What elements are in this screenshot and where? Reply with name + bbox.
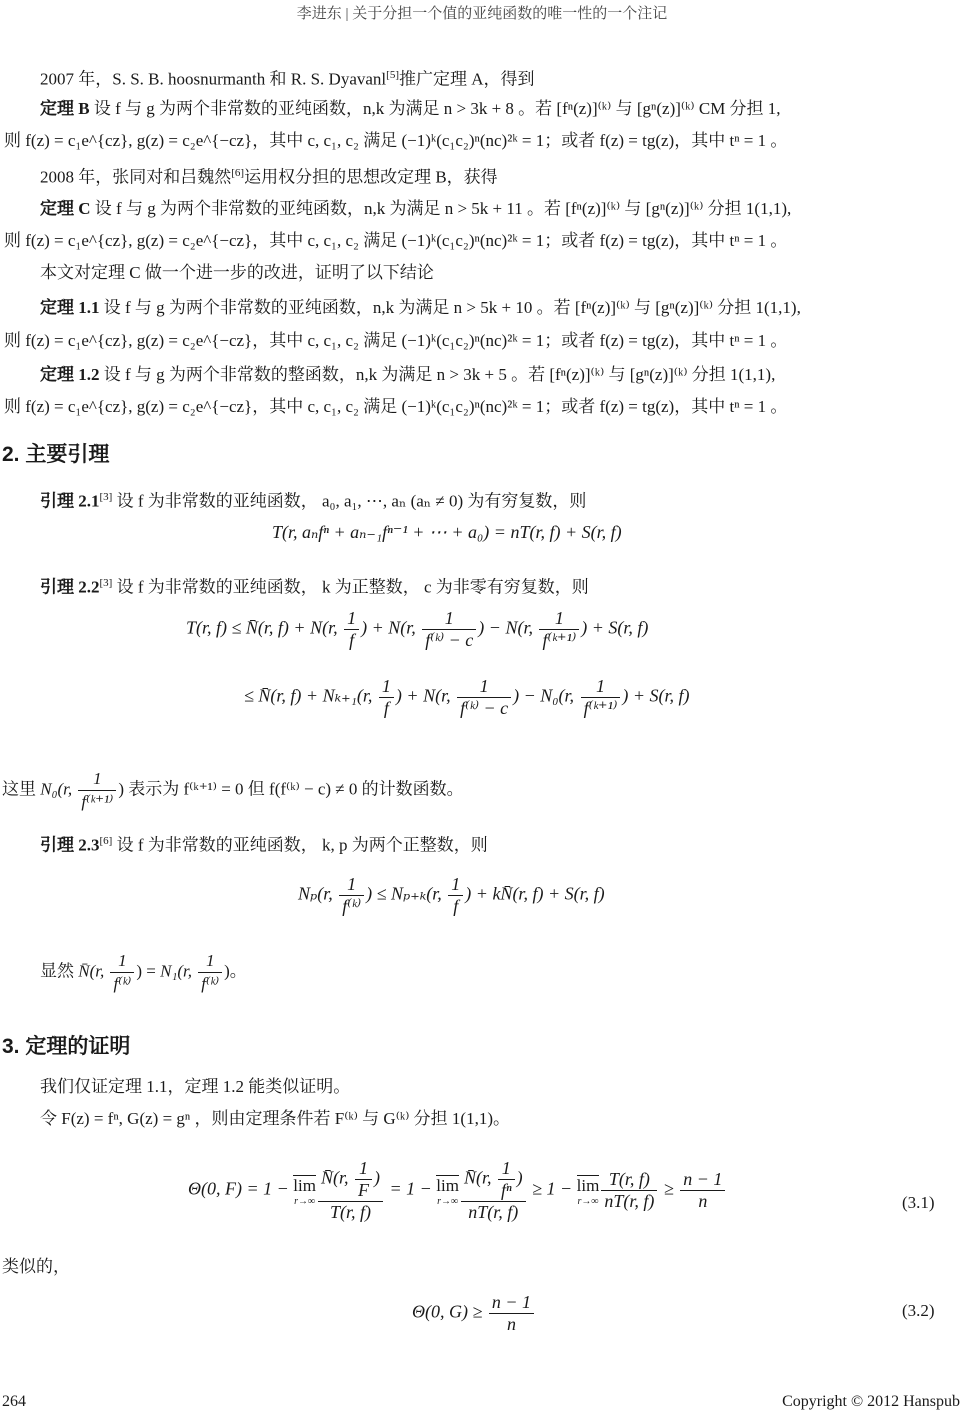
numerator: 1 — [198, 950, 222, 973]
section-heading-2: 2. 主要引理 — [2, 438, 109, 468]
eq-part: N₁(r, — [160, 961, 196, 980]
theorem-1-2-conclusion: 则 f(z) = c₁e^{cz}, g(z) = c₂e^{−cz}，其中 c… — [4, 396, 787, 418]
equation-3-1: Θ(0, F) = 1 − limr→∞N̄(r, 1F)T(r, f) = 1… — [188, 1158, 727, 1223]
eq-part: N(r, — [505, 618, 537, 638]
text: 显然 — [40, 961, 78, 980]
lemma-2-2-equation-1: T(r, f) ≤ N̄(r, f) + N(r, 1f) + N(r, 1f⁽… — [186, 608, 648, 651]
limsup: limr→∞ — [436, 1175, 459, 1207]
proof-setup: 令 F(z) = fⁿ, G(z) = gⁿ ，则由定理条件若 F⁽ᵏ⁾ 与 G… — [40, 1108, 510, 1130]
paragraph-2007: 2007 年，S. S. B. hoosnurmanth 和 R. S. Dya… — [40, 64, 535, 91]
eq-part: ) — [517, 1168, 523, 1188]
lemma-2-2-equation-2: ≤ N̄(r, f) + Nₖ₊₁(r, 1f) + N(r, 1f⁽ᵏ⁾ − … — [244, 676, 690, 719]
eq-part: + — [289, 618, 310, 638]
lemma-text: 设 f 为非常数的亚纯函数， k 为正整数， c 为非零有穷复数，则 — [112, 578, 588, 597]
fraction: 1f⁽ᵏ⁾ — [198, 950, 222, 995]
running-header: 李进东 | 关于分担一个值的亚纯函数的唯一性的一个注记 — [0, 2, 964, 23]
eq-part: + S(r, f) — [587, 618, 648, 638]
numerator: N̄(r, 1F) — [318, 1158, 383, 1202]
section-heading-3: 3. 定理的证明 — [2, 1030, 130, 1060]
theorem-text: 设 f 与 g 为两个非常数的亚纯函数，n,k 为满足 n > 5k + 11 … — [91, 199, 792, 218]
fraction: 1fⁿ — [498, 1158, 515, 1201]
lemma-text: 设 f 为非常数的亚纯函数， a₀, a₁, ⋯, aₙ (aₙ ≠ 0) 为有… — [112, 492, 586, 511]
lim-text: lim — [577, 1175, 600, 1196]
eq-part: − — [519, 686, 540, 706]
eq-part: Nₚ(r, — [298, 884, 337, 904]
theorem-c-conclusion: 则 f(z) = c₁e^{cz}, g(z) = c₂e^{−cz}，其中 c… — [4, 230, 787, 252]
numerator: 1 — [457, 676, 511, 698]
limsup: limr→∞ — [293, 1175, 316, 1207]
eq-part: + S(r, f) — [628, 686, 689, 706]
denominator: f⁽ᵏ⁺¹⁾ — [539, 630, 579, 651]
denominator: f — [344, 630, 359, 651]
lim-text: lim — [293, 1175, 316, 1196]
numerator: N̄(r, 1fⁿ) — [461, 1158, 526, 1202]
lemma-text: 设 f 为非常数的亚纯函数， k, p 为两个正整数，则 — [112, 836, 487, 855]
lemma-2-1-equation: T(r, aₙfⁿ + aₙ₋₁fⁿ⁻¹ + ⋯ + a₀) = nT(r, f… — [272, 522, 622, 543]
lemma-2-3-equation: Nₚ(r, 1f⁽ᵏ⁾) ≤ Nₚ₊ₖ(r, 1f) + kN̄(r, f) +… — [298, 874, 605, 917]
fraction: n − 1n — [680, 1169, 725, 1212]
eq-part: N(r, — [388, 618, 420, 638]
text: 2007 年，S. S. B. hoosnurmanth 和 R. S. Dya… — [40, 70, 386, 89]
copyright: Copyright © 2012 Hanspub — [782, 1393, 960, 1411]
citation[interactable]: [5] — [386, 69, 399, 81]
denominator: fⁿ — [498, 1180, 515, 1201]
theorem-1-1: 定理 1.1 设 f 与 g 为两个非常数的亚纯函数，n,k 为满足 n > 5… — [40, 297, 801, 319]
citation[interactable]: [6] — [231, 167, 244, 179]
theorem-label: 定理 C — [40, 199, 91, 218]
denominator: f⁽ᵏ⁾ — [110, 973, 134, 995]
denominator: f⁽ᵏ⁾ — [198, 973, 222, 995]
paragraph-improve: 本文对定理 C 做一个进一步的改进，证明了以下结论 — [40, 262, 434, 284]
eq-part: + — [367, 618, 388, 638]
text: 2008 年，张同对和吕魏然 — [40, 168, 231, 187]
numerator: 1 — [539, 608, 579, 630]
lim-text: lim — [436, 1175, 459, 1196]
numerator: n − 1 — [489, 1292, 534, 1314]
numerator: 1 — [78, 768, 116, 791]
eq-part: = — [142, 961, 160, 980]
denominator: f⁽ᵏ⁾ − c — [422, 630, 476, 651]
theorem-b: 定理 B 设 f 与 g 为两个非常数的亚纯函数，n,k 为满足 n > 3k … — [40, 98, 781, 120]
eq-part: Θ(0, F) = 1 − — [188, 1179, 293, 1199]
proof-intro: 我们仅证定理 1.1，定理 1.2 能类似证明。 — [40, 1076, 350, 1098]
theorem-label: 定理 B — [40, 99, 90, 118]
eq-part: − — [484, 618, 505, 638]
eq-part: N(r, — [423, 686, 455, 706]
lim-sub: r→∞ — [293, 1196, 316, 1207]
eq-part: Nₚ₊ₖ(r, — [391, 884, 446, 904]
denominator: nT(r, f) — [461, 1202, 526, 1223]
fraction: N̄(r, 1fⁿ)nT(r, f) — [461, 1158, 526, 1223]
eq-part: N̄(r, — [464, 1168, 496, 1188]
numerator: 1 — [344, 608, 359, 630]
eq-part: N̄(r, f) — [258, 686, 301, 706]
denominator: f⁽ᵏ⁾ − c — [457, 698, 511, 719]
paragraph-2008: 2008 年，张同对和吕魏然[6]运用权分担的思想改定理 B，获得 — [40, 162, 498, 189]
lemma-2-1: 引理 2.1[3] 设 f 为非常数的亚纯函数， a₀, a₁, ⋯, aₙ (… — [40, 486, 586, 513]
eq-part: N₀(r, — [40, 779, 76, 798]
equation-number-3-2: (3.2) — [902, 1300, 935, 1322]
fraction: 1f⁽ᵏ⁾ — [110, 950, 134, 995]
obvious-statement: 显然 N̄(r, 1f⁽ᵏ⁾) = N₁(r, 1f⁽ᵏ⁾)。 — [40, 950, 247, 995]
denominator: f — [379, 698, 394, 719]
eq-part: ≤ — [372, 884, 391, 904]
lim-sub: r→∞ — [577, 1196, 600, 1207]
fraction: 1f⁽ᵏ⁾ − c — [457, 676, 511, 719]
numerator: n − 1 — [680, 1169, 725, 1191]
fraction: 1F — [355, 1158, 372, 1201]
citation[interactable]: [3] — [100, 491, 113, 503]
theorem-1-1-conclusion: 则 f(z) = c₁e^{cz}, g(z) = c₂e^{−cz}，其中 c… — [4, 330, 787, 352]
eq-part: T(r, f) ≤ — [186, 618, 246, 638]
text: 这里 — [2, 779, 40, 798]
fraction: N̄(r, 1F)T(r, f) — [318, 1158, 383, 1223]
denominator: n — [680, 1191, 725, 1212]
fraction: 1f⁽ᵏ⁺¹⁾ — [581, 676, 621, 719]
eq-part: N̄(r, f) — [246, 618, 289, 638]
theorem-1-2: 定理 1.2 设 f 与 g 为两个非常数的整函数，n,k 为满足 n > 3k… — [40, 364, 775, 386]
denominator: f — [448, 896, 463, 917]
eq-part: ≥ 1 − — [528, 1179, 577, 1199]
lemma-2-2: 引理 2.2[3] 设 f 为非常数的亚纯函数， k 为正整数， c 为非零有穷… — [40, 572, 589, 599]
denominator: F — [355, 1180, 372, 1201]
fraction: T(r, f)nT(r, f) — [601, 1169, 657, 1212]
equation-3-2: Θ(0, G) ≥ n − 1n — [412, 1292, 536, 1335]
eq-part: ) — [374, 1168, 380, 1188]
numerator: T(r, f) — [601, 1169, 657, 1191]
eq-part: Θ(0, G) ≥ — [412, 1302, 487, 1322]
theorem-label: 定理 1.1 — [40, 298, 100, 317]
denominator: f⁽ᵏ⁺¹⁾ — [581, 698, 621, 719]
citation[interactable]: [6] — [100, 835, 113, 847]
lim-sub: r→∞ — [436, 1196, 459, 1207]
numerator: 1 — [581, 676, 621, 698]
theorem-b-conclusion: 则 f(z) = c₁e^{cz}, g(z) = c₂e^{−cz}，其中 c… — [4, 130, 787, 152]
numerator: 1 — [355, 1158, 372, 1180]
text: 运用权分担的思想改定理 B，获得 — [244, 168, 498, 187]
theorem-text: 设 f 与 g 为两个非常数的亚纯函数，n,k 为满足 n > 3k + 8 。… — [90, 99, 781, 118]
eq-part: ≤ — [244, 686, 258, 706]
similar-text: 类似的， — [2, 1256, 70, 1278]
theorem-text: 设 f 与 g 为两个非常数的亚纯函数，n,k 为满足 n > 5k + 10 … — [100, 298, 801, 317]
eq-part: = 1 − — [385, 1179, 436, 1199]
eq-part: N(r, — [310, 618, 342, 638]
numerator: 1 — [379, 676, 394, 698]
numerator: 1 — [448, 874, 463, 896]
fraction: 1f — [344, 608, 359, 651]
denominator: nT(r, f) — [601, 1191, 657, 1212]
fraction: 1f⁽ᵏ⁾ — [339, 874, 364, 917]
lemma-label: 引理 2.2 — [40, 578, 100, 597]
theorem-label: 定理 1.2 — [40, 365, 100, 384]
text: 推广定理 A，得到 — [399, 70, 535, 89]
numerator: 1 — [422, 608, 476, 630]
text: 表示为 f⁽ᵏ⁺¹⁾ = 0 但 f(f⁽ᵏ⁾ − c) ≠ 0 的计数函数。 — [124, 779, 464, 798]
text: 。 — [230, 961, 247, 980]
numerator: 1 — [498, 1158, 515, 1180]
denominator: f⁽ᵏ⁾ — [339, 896, 364, 917]
denominator: f⁽ᵏ⁺¹⁾ — [78, 791, 116, 813]
eq-part: Nₖ₊₁(r, — [323, 686, 377, 706]
eq-part: N̄(r, — [78, 961, 108, 980]
denominator: n — [489, 1314, 534, 1335]
page-number: 264 — [2, 1393, 26, 1411]
theorem-text: 设 f 与 g 为两个非常数的整函数，n,k 为满足 n > 3k + 5 。若… — [100, 365, 776, 384]
lemma-2-3: 引理 2.3[6] 设 f 为非常数的亚纯函数， k, p 为两个正整数，则 — [40, 830, 488, 857]
citation[interactable]: [3] — [100, 577, 113, 589]
limsup: limr→∞ — [577, 1175, 600, 1207]
numerator: 1 — [339, 874, 364, 896]
fraction: 1f — [379, 676, 394, 719]
fraction: 1f — [448, 874, 463, 917]
fraction: 1f⁽ᵏ⁺¹⁾ — [78, 768, 116, 813]
numerator: 1 — [110, 950, 134, 973]
fraction: 1f⁽ᵏ⁾ − c — [422, 608, 476, 651]
lemma-label: 引理 2.1 — [40, 492, 100, 511]
theorem-c: 定理 C 设 f 与 g 为两个非常数的亚纯函数，n,k 为满足 n > 5k … — [40, 198, 791, 220]
fraction: 1f⁽ᵏ⁺¹⁾ — [539, 608, 579, 651]
lemma-label: 引理 2.3 — [40, 836, 100, 855]
eq-part: + kN̄(r, f) + S(r, f) — [471, 884, 604, 904]
eq-part: N̄(r, — [321, 1168, 353, 1188]
equation-number-3-1: (3.1) — [902, 1192, 935, 1214]
fraction: n − 1n — [489, 1292, 534, 1335]
denominator: T(r, f) — [318, 1202, 383, 1223]
eq-part: ≥ — [659, 1179, 678, 1199]
eq-part: + — [402, 686, 423, 706]
eq-part: + — [301, 686, 322, 706]
eq-part: N₀(r, — [540, 686, 578, 706]
note-n0: 这里 N₀(r, 1f⁽ᵏ⁺¹⁾) 表示为 f⁽ᵏ⁺¹⁾ = 0 但 f(f⁽ᵏ… — [2, 768, 464, 813]
